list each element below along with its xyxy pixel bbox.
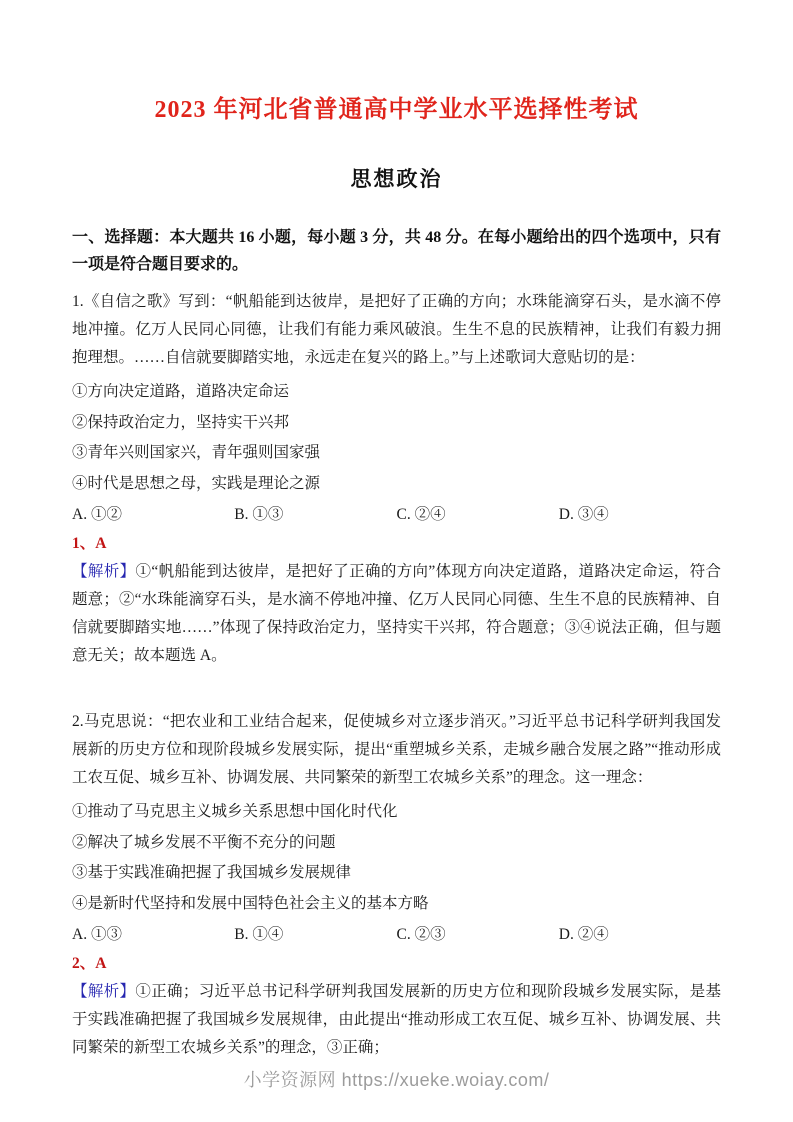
question-text: 马克思说：“把农业和工业结合起来，促使城乡对立逐步消灭。”习近平总书记科学研判我… — [72, 713, 721, 786]
choices-row: A. ①② B. ①③ C. ②④ D. ③④ — [72, 500, 721, 530]
analysis-label: 【解析】 — [72, 563, 136, 580]
statement-list: ①推动了马克思主义城乡关系思想中国化时代化 ②解决了城乡发展不平衡不充分的问题 … — [72, 797, 721, 919]
choice-b: B. ①④ — [234, 920, 396, 950]
choice-b: B. ①③ — [234, 500, 396, 530]
statement-1: ①推动了马克思主义城乡关系思想中国化时代化 — [72, 797, 721, 828]
choices-row: A. ①③ B. ①④ C. ②③ D. ②④ — [72, 920, 721, 950]
question-stem: 1.《自信之歌》写到：“帆船能到达彼岸，是把好了正确的方向；水珠能滴穿石头，是水… — [72, 288, 721, 372]
question-block-1: 1.《自信之歌》写到：“帆船能到达彼岸，是把好了正确的方向；水珠能滴穿石头，是水… — [72, 288, 721, 670]
statement-3: ③基于实践准确把握了我国城乡发展规律 — [72, 858, 721, 889]
choice-a: A. ①③ — [72, 920, 234, 950]
statement-3: ③青年兴则国家兴，青年强则国家强 — [72, 438, 721, 469]
answer-label: 1、A — [72, 530, 721, 558]
analysis-label: 【解析】 — [72, 983, 135, 1000]
choice-c: C. ②③ — [397, 920, 559, 950]
statement-2: ②保持政治定力，坚持实干兴邦 — [72, 408, 721, 439]
analysis-text: ①正确；习近平总书记科学研判我国发展新的历史方位和现阶段城乡发展实际，是基于实践… — [72, 983, 721, 1056]
choice-d: D. ②④ — [559, 920, 721, 950]
question-stem: 2.马克思说：“把农业和工业结合起来，促使城乡对立逐步消灭。”习近平总书记科学研… — [72, 708, 721, 792]
question-number: 1. — [72, 293, 84, 310]
analysis-paragraph: 【解析】①“帆船能到达彼岸，是把好了正确的方向”体现方向决定道路，道路决定命运，… — [72, 558, 721, 670]
choice-c: C. ②④ — [397, 500, 559, 530]
section-heading: 一、选择题：本大题共 16 小题，每小题 3 分，共 48 分。在每小题给出的四… — [72, 224, 721, 278]
page-subtitle: 思想政治 — [72, 164, 721, 194]
question-text: 《自信之歌》写到：“帆船能到达彼岸，是把好了正确的方向；水珠能滴穿石头，是水滴不… — [72, 293, 721, 366]
answer-label: 2、A — [72, 950, 721, 978]
exam-page: 2023 年河北省普通高中学业水平选择性考试 思想政治 一、选择题：本大题共 1… — [72, 0, 721, 1122]
page-title: 2023 年河北省普通高中学业水平选择性考试 — [72, 92, 721, 128]
statement-4: ④是新时代坚持和发展中国特色社会主义的基本方略 — [72, 889, 721, 920]
choice-a: A. ①② — [72, 500, 234, 530]
question-number: 2. — [72, 713, 84, 730]
statement-4: ④时代是思想之母，实践是理论之源 — [72, 469, 721, 500]
choice-d: D. ③④ — [559, 500, 721, 530]
analysis-text: ①“帆船能到达彼岸，是把好了正确的方向”体现方向决定道路，道路决定命运，符合题意… — [72, 563, 721, 664]
footer-credit: 小学资源网 https://xueke.woiay.com/ — [0, 1066, 793, 1092]
statement-2: ②解决了城乡发展不平衡不充分的问题 — [72, 828, 721, 859]
statement-1: ①方向决定道路，道路决定命运 — [72, 377, 721, 408]
question-block-2: 2.马克思说：“把农业和工业结合起来，促使城乡对立逐步消灭。”习近平总书记科学研… — [72, 708, 721, 1062]
statement-list: ①方向决定道路，道路决定命运 ②保持政治定力，坚持实干兴邦 ③青年兴则国家兴，青… — [72, 377, 721, 499]
spacer — [72, 670, 721, 708]
analysis-paragraph: 【解析】①正确；习近平总书记科学研判我国发展新的历史方位和现阶段城乡发展实际，是… — [72, 978, 721, 1062]
